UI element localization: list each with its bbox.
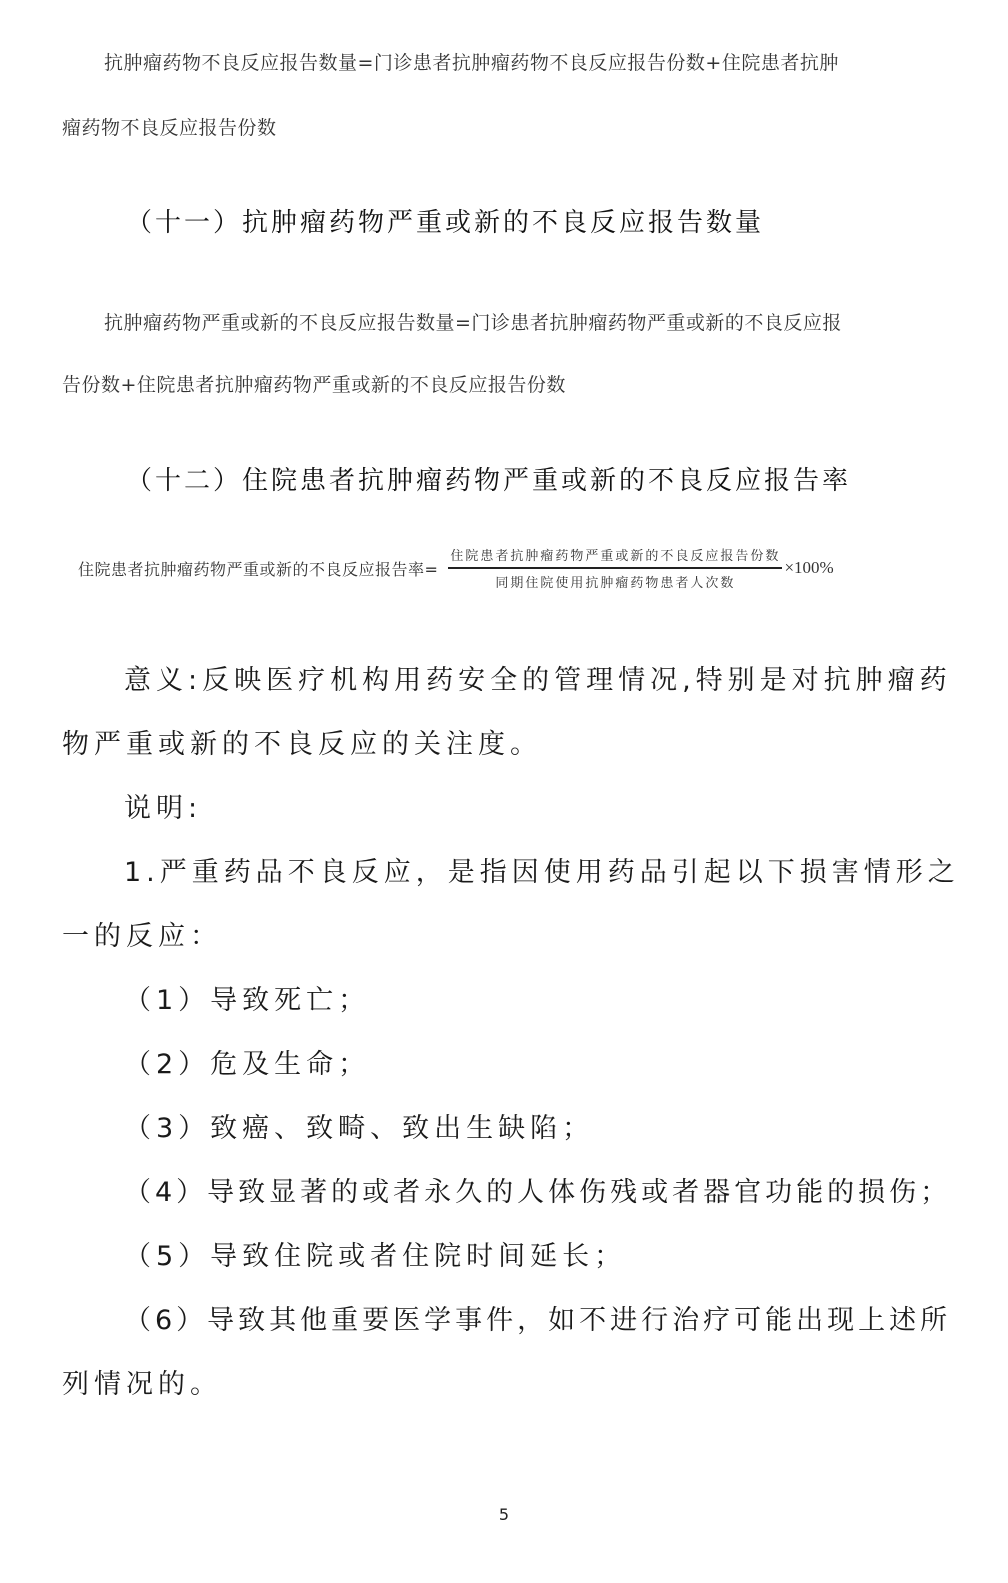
formula-lhs: 住院患者抗肿瘤药物严重或新的不良反应报告率= — [78, 557, 438, 580]
page-number: 5 — [0, 1505, 1008, 1524]
formula-multiplier: ×100% — [784, 558, 833, 578]
significance-line2: 物严重或新的不良反应的关注度。 — [62, 722, 542, 761]
rate-formula: 住院患者抗肿瘤药物严重或新的不良反应报告率= 住院患者抗肿瘤药物严重或新的不良反… — [78, 545, 834, 591]
list-item: （2）危及生命； — [124, 1042, 370, 1081]
list-item: （1）导致死亡； — [124, 978, 370, 1017]
formula-adr-count-line2: 瘤药物不良反应报告份数 — [62, 113, 277, 140]
formula-serious-adr-count-line1: 抗肿瘤药物严重或新的不良反应报告数量=门诊患者抗肿瘤药物严重或新的不良反应报 — [104, 308, 842, 335]
formula-denominator: 同期住院使用抗肿瘤药物患者人次数 — [495, 569, 735, 591]
list-item-continuation: 列情况的。 — [62, 1362, 222, 1401]
list-item: （3）致癌、致畸、致出生缺陷； — [124, 1106, 594, 1145]
section-11-heading: （十一）抗肿瘤药物严重或新的不良反应报告数量 — [126, 202, 764, 239]
note1-line1: 1.严重药品不良反应，是指因使用药品引起以下损害情形之 — [124, 850, 960, 889]
formula-serious-adr-count-line2: 告份数+住院患者抗肿瘤药物严重或新的不良反应报告份数 — [62, 370, 566, 397]
section-12-heading: （十二）住院患者抗肿瘤药物严重或新的不良反应报告率 — [126, 460, 851, 497]
significance-line1: 意义:反映医疗机构用药安全的管理情况,特别是对抗肿瘤药 — [124, 658, 952, 697]
note1-line2: 一的反应： — [62, 914, 222, 953]
list-item: （6）导致其他重要医学事件，如不进行治疗可能出现上述所 — [124, 1298, 951, 1337]
notes-label: 说明: — [124, 786, 202, 825]
formula-adr-count-line1: 抗肿瘤药物不良反应报告数量=门诊患者抗肿瘤药物不良反应报告份数+住院患者抗肿 — [104, 48, 839, 75]
list-item: （5）导致住院或者住院时间延长； — [124, 1234, 626, 1273]
list-item: （4）导致显著的或者永久的人体伤残或者器官功能的损伤； — [124, 1170, 951, 1209]
formula-fraction: 住院患者抗肿瘤药物严重或新的不良反应报告份数 同期住院使用抗肿瘤药物患者人次数 — [448, 545, 782, 591]
formula-numerator: 住院患者抗肿瘤药物严重或新的不良反应报告份数 — [448, 545, 782, 569]
